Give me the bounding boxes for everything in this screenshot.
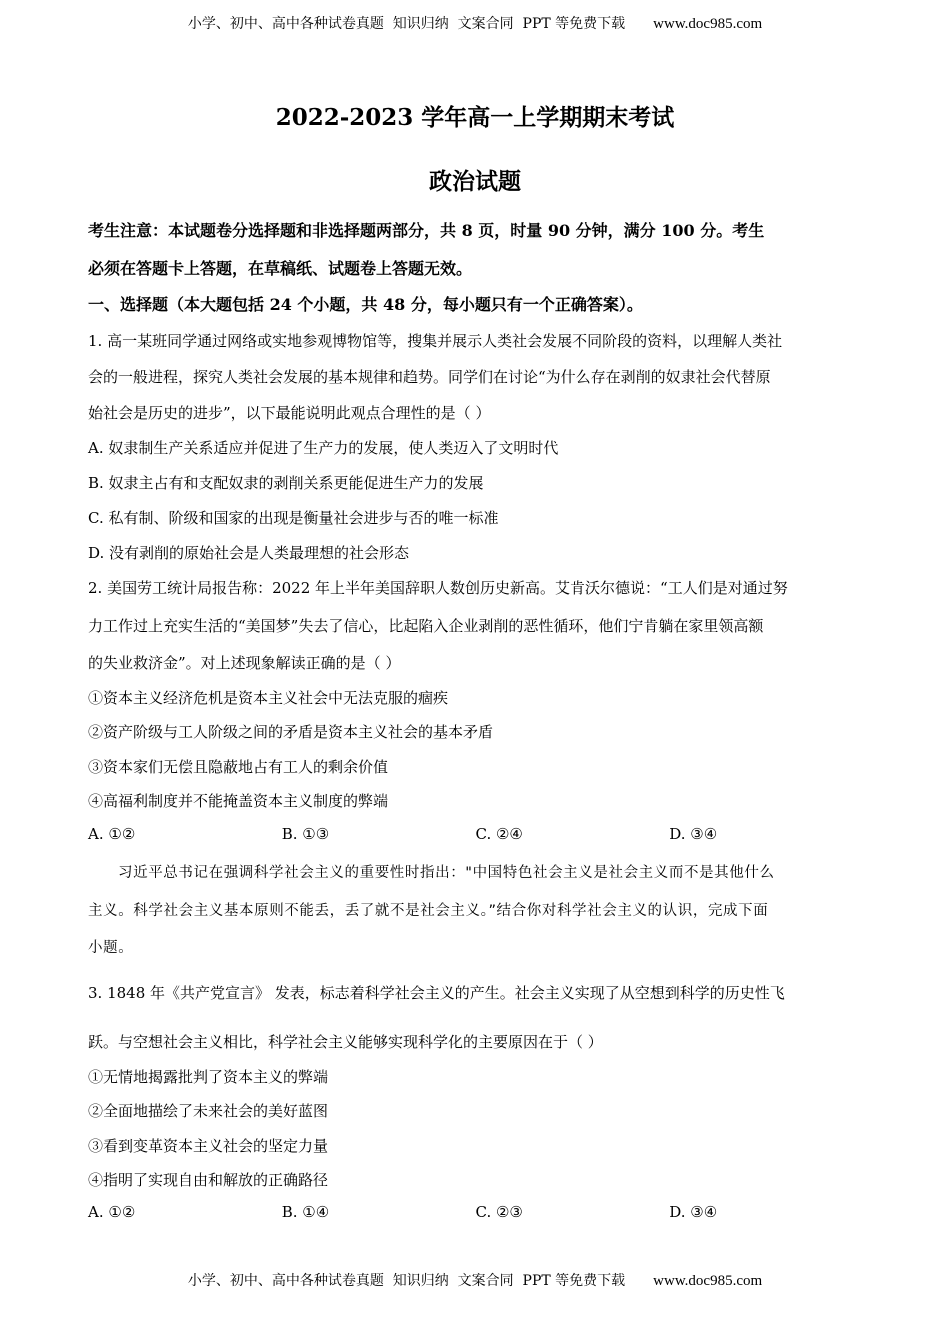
exam-subtitle: 政治试题 <box>0 163 950 196</box>
q2-item-2: ②资产阶级与工人阶级之间的矛盾是资本主义社会的基本矛盾 <box>88 721 863 742</box>
footer-text: 小学、初中、高中各种试卷真题 知识归纳 文案合同 PPT 等免费下载 <box>188 1273 625 1289</box>
material-line-3: 小题。 <box>88 936 863 957</box>
page-header: 小学、初中、高中各种试卷真题 知识归纳 文案合同 PPT 等免费下载www.do… <box>0 13 950 33</box>
material-line-1: 习近平总书记在强调科学社会主义的重要性时指出："中国特色社会主义是社会主义而不是… <box>118 861 863 882</box>
q2-choice-a: A. ①② <box>88 825 282 843</box>
q3-item-2: ②全面地描绘了未来社会的美好蓝图 <box>88 1100 863 1121</box>
notice-line-1: 考生注意：本试题卷分选择题和非选择题两部分，共 8 页，时量 90 分钟，满分 … <box>88 218 863 241</box>
q2-choice-c: C. ②④ <box>476 825 670 843</box>
q2-item-4: ④高福利制度并不能掩盖资本主义制度的弊端 <box>88 790 863 811</box>
header-url[interactable]: www.doc985.com <box>653 16 762 32</box>
q1-option-d: D. 没有剥削的原始社会是人类最理想的社会形态 <box>88 542 863 563</box>
exam-title: 2022-2023 学年高一上学期期末考试 <box>0 99 950 132</box>
q2-stem-2: 力工作过上充实生活的“美国梦”失去了信心，比起陷入企业剥削的恶性循环，他们宁肯躺… <box>88 615 863 636</box>
header-text: 小学、初中、高中各种试卷真题 知识归纳 文案合同 PPT 等免费下载 <box>188 16 625 32</box>
q3-choice-c: C. ②③ <box>476 1203 670 1221</box>
q3-item-4: ④指明了实现自由和解放的正确路径 <box>88 1169 863 1190</box>
q3-item-1: ①无情地揭露批判了资本主义的弊端 <box>88 1066 863 1087</box>
q1-stem-2: 会的一般进程，探究人类社会发展的基本规律和趋势。同学们在讨论“为什么存在剥削的奴… <box>88 366 863 387</box>
q3-stem-1: 3. 1848 年《共产党宣言》 发表，标志着科学社会主义的产生。社会主义实现了… <box>88 982 863 1003</box>
q1-option-b: B. 奴隶主占有和支配奴隶的剥削关系更能促进生产力的发展 <box>88 472 863 493</box>
q3-choice-b: B. ①④ <box>282 1203 476 1221</box>
q2-choice-b: B. ①③ <box>282 825 476 843</box>
q3-choices: A. ①② B. ①④ C. ②③ D. ③④ <box>88 1203 863 1221</box>
material-line-2: 主义。科学社会主义基本原则不能丢，丢了就不是社会主义。”结合你对科学社会主义的认… <box>88 899 863 920</box>
q2-item-1: ①资本主义经济危机是资本主义社会中无法克服的痼疾 <box>88 687 863 708</box>
q2-stem-3: 的失业救济金”。对上述现象解读正确的是（ ） <box>88 652 863 673</box>
footer-url[interactable]: www.doc985.com <box>653 1273 762 1289</box>
q3-item-3: ③看到变革资本主义社会的坚定力量 <box>88 1135 863 1156</box>
q3-stem-2: 跃。与空想社会主义相比，科学社会主义能够实现科学化的主要原因在于（ ） <box>88 1031 863 1052</box>
q3-choice-d: D. ③④ <box>669 1203 863 1221</box>
q1-option-a: A. 奴隶制生产关系适应并促进了生产力的发展，使人类迈入了文明时代 <box>88 437 863 458</box>
q2-stem-1: 2. 美国劳工统计局报告称：2022 年上半年美国辞职人数创历史新高。艾肯沃尔德… <box>88 577 863 598</box>
q3-choice-a: A. ①② <box>88 1203 282 1221</box>
notice-line-2: 必须在答题卡上答题，在草稿纸、试题卷上答题无效。 <box>88 256 863 279</box>
section-title: 一、选择题（本大题包括 24 个小题，共 48 分，每小题只有一个正确答案）。 <box>88 292 863 315</box>
q2-item-3: ③资本家们无偿且隐蔽地占有工人的剩余价值 <box>88 756 863 777</box>
q2-choices: A. ①② B. ①③ C. ②④ D. ③④ <box>88 825 863 843</box>
q2-choice-d: D. ③④ <box>669 825 863 843</box>
q1-option-c: C. 私有制、阶级和国家的出现是衡量社会进步与否的唯一标准 <box>88 507 863 528</box>
q1-stem-3: 始社会是历史的进步”，以下最能说明此观点合理性的是（ ） <box>88 402 863 423</box>
page-footer: 小学、初中、高中各种试卷真题 知识归纳 文案合同 PPT 等免费下载www.do… <box>0 1270 950 1290</box>
q1-stem-1: 1. 高一某班同学通过网络或实地参观博物馆等，搜集并展示人类社会发展不同阶段的资… <box>88 330 863 351</box>
